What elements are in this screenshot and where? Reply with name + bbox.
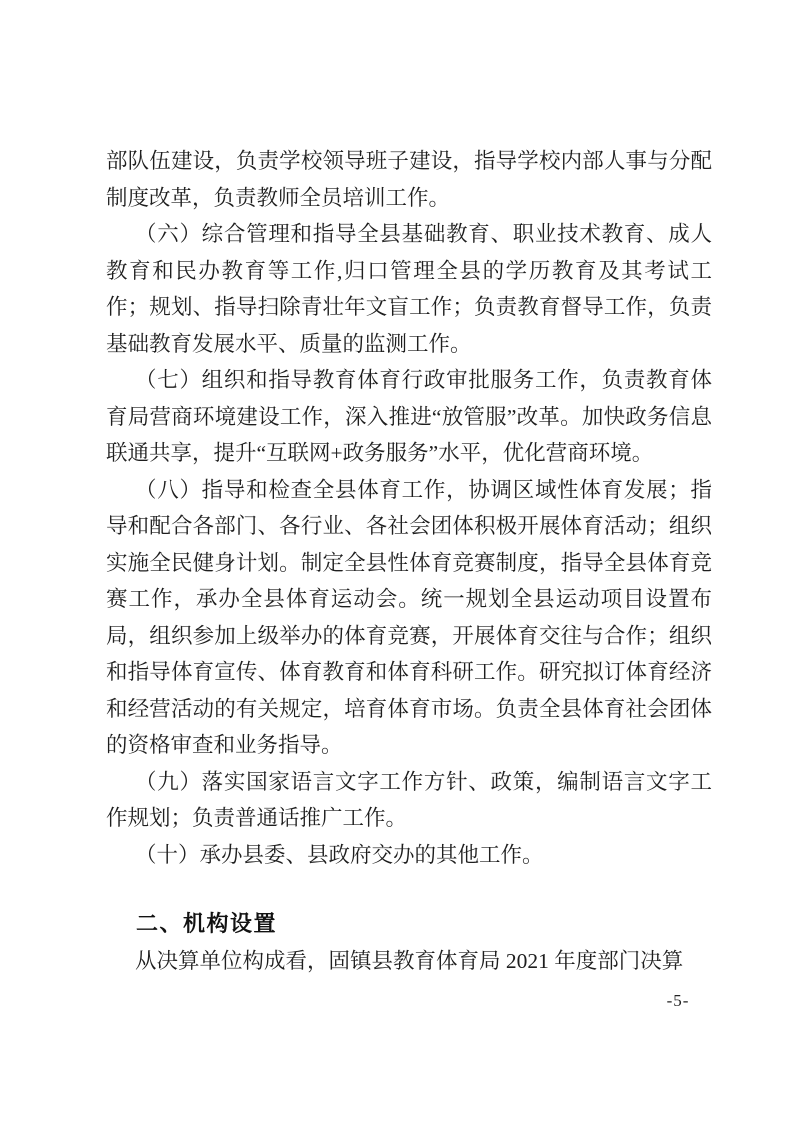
- document-page: 部队伍建设，负责学校领导班子建设，指导学校内部人事与分配制度改革，负责教师全员培…: [0, 0, 793, 1122]
- page-number: -5-: [648, 991, 708, 1011]
- paragraph-closing: 从决算单位构成看，固镇县教育体育局 2021 年度部门决算: [106, 943, 712, 980]
- paragraph-item-10: （十）承办县委、县政府交办的其他工作。: [106, 837, 712, 874]
- section-heading: 二、机构设置: [106, 906, 712, 943]
- text-body: 部队伍建设，负责学校领导班子建设，指导学校内部人事与分配制度改革，负责教师全员培…: [106, 143, 712, 979]
- paragraph-item-6: （六）综合管理和指导全县基础教育、职业技术教育、成人教育和民办教育等工作,归口管…: [106, 216, 712, 362]
- paragraph-continuation: 部队伍建设，负责学校领导班子建设，指导学校内部人事与分配制度改革，负责教师全员培…: [106, 143, 712, 216]
- paragraph-item-7: （七）组织和指导教育体育行政审批服务工作，负责教育体育局营商环境建设工作，深入推…: [106, 362, 712, 472]
- paragraph-item-9: （九）落实国家语言文字工作方针、政策，编制语言文字工作规划；负责普通话推广工作。: [106, 764, 712, 837]
- paragraph-item-8: （八）指导和检查全县体育工作，协调区域性体育发展；指导和配合各部门、各行业、各社…: [106, 472, 712, 764]
